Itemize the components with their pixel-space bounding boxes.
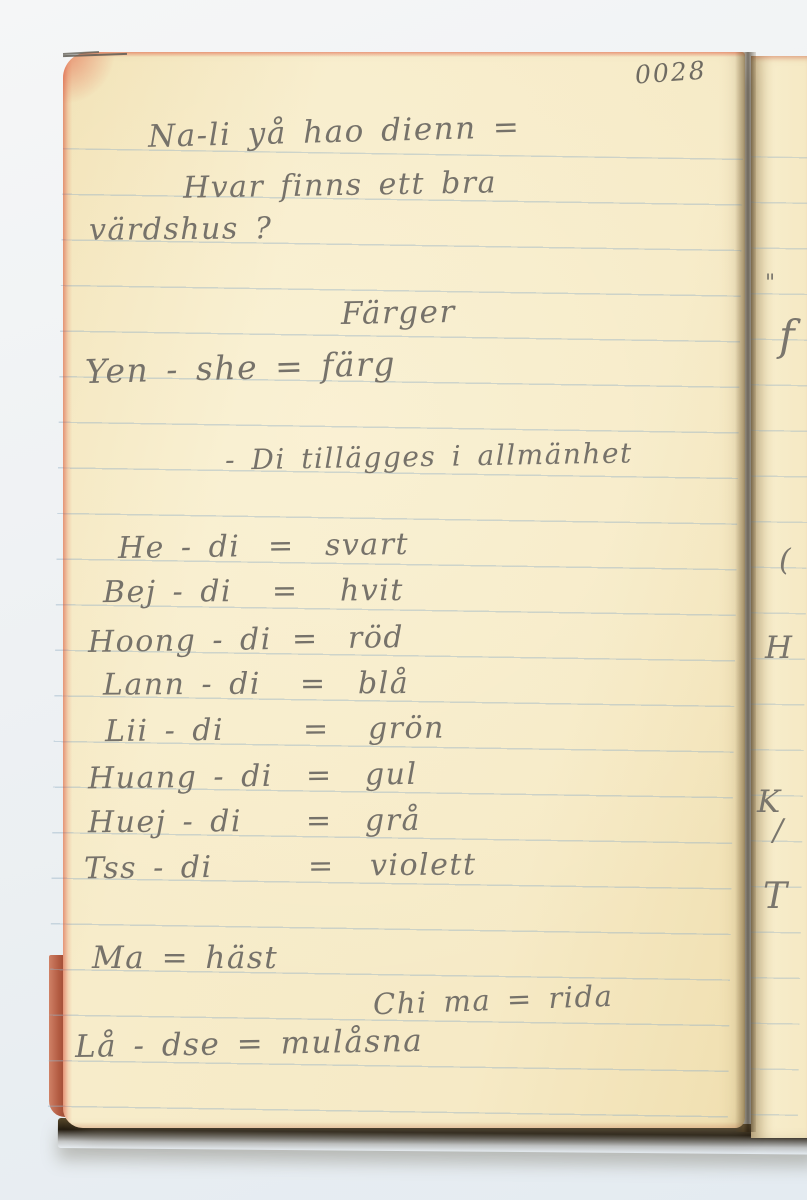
- equals-sign: =: [300, 666, 325, 701]
- equals-sign: =: [306, 804, 331, 839]
- phrase-chinese: Na-li yå hao dienn =: [148, 109, 521, 155]
- color-term: Tss - di: [84, 850, 213, 886]
- color-entry: Bej - di = hvit: [63, 571, 745, 618]
- color-meaning: hvit: [340, 573, 404, 608]
- next-page-text-fragment: T: [763, 876, 787, 917]
- next-page-text-fragment: H: [765, 630, 792, 666]
- equals-sign: =: [303, 712, 329, 747]
- vocab-farg: Yen - she = färg: [85, 344, 397, 391]
- color-meaning: svart: [325, 527, 410, 563]
- next-page-text-fragment: f: [779, 311, 795, 360]
- vocab-horse: Ma = häst: [92, 940, 278, 976]
- next-page-text-fragment: /: [773, 813, 783, 848]
- next-page-sliver: " f ( H K / T: [751, 56, 807, 1138]
- color-meaning: grön: [368, 711, 445, 747]
- color-entry: Huej - di = grå: [63, 801, 745, 848]
- color-meaning: violett: [370, 847, 477, 883]
- color-term: Lann - di: [103, 667, 261, 703]
- color-term: Bej - di: [103, 574, 232, 610]
- color-meaning: röd: [348, 620, 405, 656]
- equals-sign: =: [292, 621, 318, 656]
- phrase-swedish-2: värdshus ?: [89, 211, 273, 248]
- next-page-text-fragment: ": [765, 271, 775, 296]
- vocab-mule: Lå - dse = mulåsna: [75, 1023, 424, 1065]
- notebook-page: 0028 Na-li yå hao dienn = Hvar finns ett…: [63, 52, 745, 1128]
- page-number: 0028: [634, 56, 707, 90]
- color-term: Huej - di: [88, 804, 242, 840]
- color-term: Lii - di: [105, 713, 224, 749]
- equals-sign: =: [268, 529, 294, 564]
- color-term: Huang - di: [88, 759, 273, 797]
- color-entry: Lii - di = grön: [63, 707, 745, 756]
- scanned-notebook-photo: " f ( H K / T 0028 Na-li yå hao dienn = …: [0, 0, 807, 1200]
- color-meaning: grå: [365, 803, 421, 838]
- equals-sign: =: [308, 849, 334, 884]
- binding-gutter: [735, 52, 756, 1132]
- color-meaning: blå: [358, 666, 409, 701]
- equals-sign: =: [272, 574, 297, 609]
- color-entry: Lann - di = blå: [63, 664, 745, 710]
- equals-sign: =: [306, 758, 332, 793]
- section-title: Färger: [341, 294, 456, 332]
- color-meaning: gul: [365, 757, 418, 793]
- phrase-swedish-1: Hvar finns ett bra: [183, 165, 498, 205]
- color-term: He - di: [118, 529, 241, 566]
- color-entry: Tss - di = violett: [63, 844, 745, 893]
- color-term: Hoong - di: [88, 622, 272, 660]
- next-page-text-fragment: (: [779, 543, 791, 578]
